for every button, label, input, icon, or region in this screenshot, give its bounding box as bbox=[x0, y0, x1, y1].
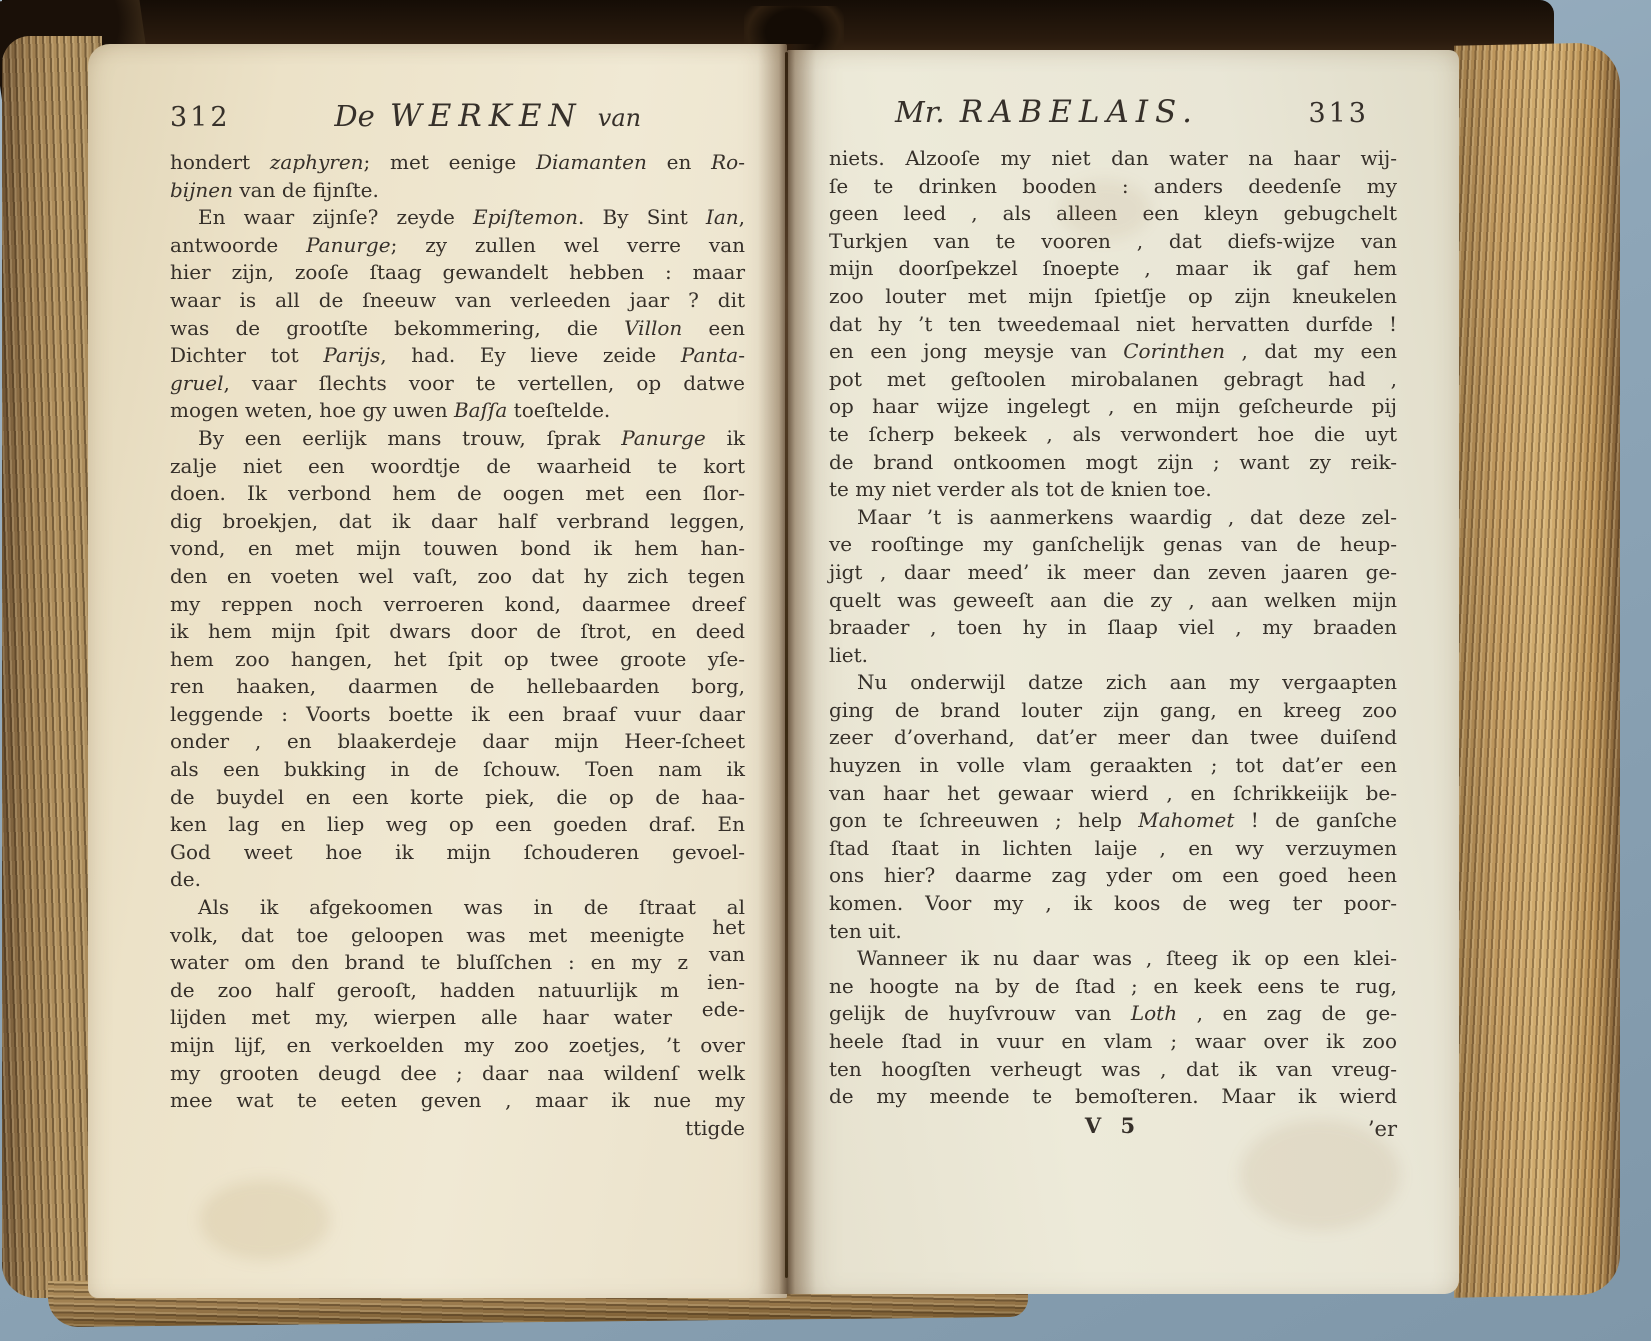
left-running-title: De WERKEN van bbox=[231, 98, 745, 134]
text-line: de buydel en een korte piek, die op de h… bbox=[170, 784, 745, 812]
text-line: jigt , daar meed’ ik meer dan zeven jaar… bbox=[829, 559, 1397, 587]
text-line: dat hy ’t ten tweedemaal niet hervatten … bbox=[829, 311, 1397, 339]
running-title-main: WERKEN bbox=[390, 98, 583, 134]
text-line: hem zoo hangen, het ſpit op twee groote … bbox=[170, 646, 745, 674]
text-line: my grooten deugd dee ; daar naa wildenſ … bbox=[170, 1060, 745, 1088]
text-line: En waar zijnſe? zeyde Epiſtemon. By Sint… bbox=[170, 204, 745, 232]
text-line: Wanneer ik nu daar was , ſteeg ik op een… bbox=[829, 945, 1397, 973]
right-page-body: niets. Alzooſe my niet dan water na haar… bbox=[829, 145, 1397, 1111]
left-page-header: 312 De WERKEN van bbox=[170, 98, 745, 134]
text-line: geen leed , als alleen een kleyn gebugch… bbox=[829, 200, 1397, 228]
text-line: Dichter tot Parijs, had. Ey lieve zeide … bbox=[170, 342, 745, 370]
text-line: heele ſtad in vuur en vlam ; waar over i… bbox=[829, 1028, 1397, 1056]
text-line: ik hem mijn ſpit dwars door de ſtrot, en… bbox=[170, 618, 745, 646]
text-line: leggende : Voorts boette ik een braaf vu… bbox=[170, 701, 745, 729]
text-line: was de grootſte bekommering, die Villon … bbox=[170, 315, 745, 343]
right-page-content: Mr. RABELAIS. 313 niets. Alzooſe my niet… bbox=[787, 50, 1459, 1294]
text-line: vond, en met mijn touwen bond ik hem han… bbox=[170, 535, 745, 563]
running-title-prefix: De bbox=[334, 99, 374, 133]
text-line: huyzen in volle vlam geraakten ; tot dat… bbox=[829, 752, 1397, 780]
text-line: mijn doorſpekzel ſnoepte , maar ik gaf h… bbox=[829, 255, 1397, 283]
text-line: ſtad ſtaat in lichten laije , en wy verz… bbox=[829, 835, 1397, 863]
signature-row: V 5 ’er bbox=[829, 1112, 1397, 1140]
text-line: zalje niet een woordtje de waarheid te k… bbox=[170, 453, 745, 481]
left-page: 312 De WERKEN van hondert zaphyren; met … bbox=[88, 44, 787, 1298]
text-line: pot met geſtoolen mirobalanen gebragt ha… bbox=[829, 366, 1397, 394]
text-line: mee wat te eeten geven , maar ik nue my bbox=[170, 1087, 745, 1115]
text-line: zeer d’overhand, dat’er meer dan twee du… bbox=[829, 724, 1397, 752]
text-line: lijden met my, wierpen alle haar water e… bbox=[170, 1004, 745, 1032]
text-line: gruel, vaar ſlechts voor te vertellen, o… bbox=[170, 370, 745, 398]
running-title-suffix: van bbox=[598, 104, 641, 132]
text-line: ken lag en liep weg op een goeden draf. … bbox=[170, 811, 745, 839]
text-line: de zoo half gerooſt, hadden natuurlijk m… bbox=[170, 977, 745, 1005]
text-line: als een bukking in de ſchouw. Toen nam i… bbox=[170, 756, 745, 784]
text-line: ging de brand louter zijn gang, en kreeg… bbox=[829, 697, 1397, 725]
text-line: bijnen van de fijnſte. bbox=[170, 177, 745, 205]
right-running-title: Mr. RABELAIS. bbox=[829, 94, 1308, 130]
text-line: ſe te drinken booden : anders deedenſe m… bbox=[829, 173, 1397, 201]
book: 312 De WERKEN van hondert zaphyren; met … bbox=[2, 0, 1618, 1312]
left-page-content: 312 De WERKEN van hondert zaphyren; met … bbox=[88, 44, 787, 1298]
text-line: ten uit. bbox=[829, 918, 1397, 946]
right-page-number: 313 bbox=[1308, 98, 1397, 129]
text-line: ne hoogte na by de ſtad ; en keek eens t… bbox=[829, 973, 1397, 1001]
text-line: ve rooſtinge my ganſchelijk genas van de… bbox=[829, 531, 1397, 559]
text-line: niets. Alzooſe my niet dan water na haar… bbox=[829, 145, 1397, 173]
text-line: de my meende te bemoſteren. Maar ik wier… bbox=[829, 1083, 1397, 1111]
text-line: de brand ontkoomen mogt zijn ; want zy r… bbox=[829, 449, 1397, 477]
left-page-body: hondert zaphyren; met eenige Diamanten e… bbox=[170, 149, 745, 1142]
photo-background: 312 De WERKEN van hondert zaphyren; met … bbox=[0, 0, 1651, 1341]
text-line: God weet hoe ik mijn ſchouderen gevoel- bbox=[170, 839, 745, 867]
catchword: ’er bbox=[1368, 1115, 1397, 1143]
text-line: doen. Ik verbond hem de oogen met een ſl… bbox=[170, 480, 745, 508]
text-line: hier zijn, zooſe ſtaag gewandelt hebben … bbox=[170, 259, 745, 287]
text-line: my reppen noch verroeren kond, daarmee d… bbox=[170, 591, 745, 619]
text-line: ons hier? daarme zag yder om een goed he… bbox=[829, 862, 1397, 890]
text-line: ttigde bbox=[170, 1115, 745, 1143]
text-line: Nu onderwijl datze zich aan my vergaapte… bbox=[829, 669, 1397, 697]
text-line: te my niet verder als tot de knien toe. bbox=[829, 476, 1397, 504]
text-line: quelt was geweeſt aan die zy , aan welke… bbox=[829, 587, 1397, 615]
text-line: ten hoogſten verheugt was , dat ik van v… bbox=[829, 1056, 1397, 1084]
text-line: en een jong meysje van Corinthen , dat m… bbox=[829, 338, 1397, 366]
right-page-header: Mr. RABELAIS. 313 bbox=[829, 94, 1397, 130]
page-edge-stack-right bbox=[1454, 42, 1620, 1297]
running-title-prefix: Mr. bbox=[895, 95, 945, 129]
gutter-crease bbox=[785, 52, 788, 1278]
text-line: mijn lijf, en verkoelden my zoo zoetjes,… bbox=[170, 1032, 745, 1060]
text-line: Als ik afgekoomen was in de ſtraat al bbox=[170, 894, 745, 922]
text-line: hondert zaphyren; met eenige Diamanten e… bbox=[170, 149, 745, 177]
text-line: water om den brand te bluſſchen : en my … bbox=[170, 949, 745, 977]
text-line: op haar wijze ingelegt , en mijn geſcheu… bbox=[829, 393, 1397, 421]
text-line: gelijk de huyſvrouw van Loth , en zag de… bbox=[829, 1000, 1397, 1028]
text-line: waar is all de ſneeuw van verleeden jaar… bbox=[170, 287, 745, 315]
text-line: gon te ſchreeuwen ; help Mahomet ! de ga… bbox=[829, 807, 1397, 835]
text-line: zoo louter met mijn ſpietſje op zijn kne… bbox=[829, 283, 1397, 311]
page-edge-stack-left bbox=[2, 36, 102, 1298]
text-line: den en voeten wel vaſt, zoo dat hy zich … bbox=[170, 563, 745, 591]
text-line: onder , en blaakerdeje daar mijn Heer-ſc… bbox=[170, 728, 745, 756]
text-line: braader , toen hy in ſlaap viel , my bra… bbox=[829, 614, 1397, 642]
text-line: Turkjen van te vooren , dat diefs-wijze … bbox=[829, 228, 1397, 256]
text-line: ren haaken, daarmen de hellebaarden borg… bbox=[170, 673, 745, 701]
text-line: de. bbox=[170, 866, 745, 894]
running-title-main: RABELAIS. bbox=[960, 94, 1199, 130]
text-line: van haar het gewaar wierd , en ſchrikkei… bbox=[829, 780, 1397, 808]
text-line: te ſcherp bekeek , als verwondert hoe di… bbox=[829, 421, 1397, 449]
text-line: dig broekjen, dat ik daar half verbrand … bbox=[170, 508, 745, 536]
text-line: mogen weten, hoe gy uwen Baſſa toeſtelde… bbox=[170, 397, 745, 425]
text-line: komen. Voor my , ik koos de weg ter poor… bbox=[829, 890, 1397, 918]
text-line: Maar ’t is aanmerkens waardig , dat deze… bbox=[829, 504, 1397, 532]
right-page: Mr. RABELAIS. 313 niets. Alzooſe my niet… bbox=[787, 50, 1459, 1294]
text-line: antwoorde Panurge; zy zullen wel verre v… bbox=[170, 232, 745, 260]
signature-mark: V 5 bbox=[1085, 1113, 1141, 1138]
left-page-number: 312 bbox=[170, 102, 231, 133]
text-line: By een eerlijk mans trouw, ſprak Panurge… bbox=[170, 425, 745, 453]
text-line: volk, dat toe geloopen was met meenigte … bbox=[170, 922, 745, 950]
text-line: liet. bbox=[829, 642, 1397, 670]
